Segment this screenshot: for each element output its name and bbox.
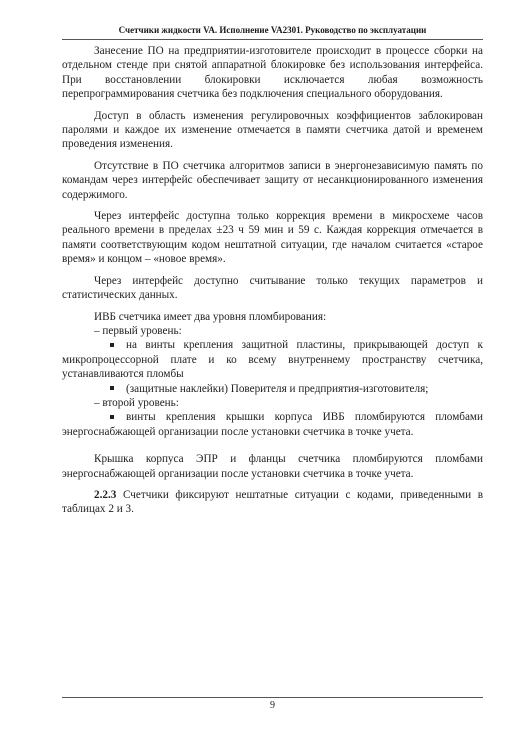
paragraph-sealing-levels: ИВБ счетчика имеет два уровня пломбирова… [62, 310, 483, 324]
paragraph-memory-protection: Отсутствие в ПО счетчика алгоритмов запи… [62, 159, 483, 202]
paragraph-section-2-2-3: 2.2.3 Счетчики фиксируют нештатные ситуа… [62, 488, 483, 517]
paragraph-time-correction: Через интерфейс доступна только коррекци… [62, 209, 483, 267]
page-body: Занесение ПО на предприятии-изготовителе… [62, 44, 483, 524]
bullet-square-icon [110, 343, 114, 347]
paragraph-software-loading: Занесение ПО на предприятии-изготовителе… [62, 44, 483, 102]
list-item-level-1-bullet-2: (защитные наклейки) Поверителя и предпри… [62, 382, 483, 396]
paragraph-read-access: Через интерфейс доступно считывание толь… [62, 274, 483, 303]
list-item-level-1-bullet-1: на винты крепления защитной пластины, пр… [62, 338, 483, 381]
list-item-level-2: – второй уровень: [62, 396, 483, 410]
paragraph-coefficients-access: Доступ в область изменения регулировочны… [62, 109, 483, 152]
list-item-level-2-bullet-1: винты крепления крышки корпуса ИВБ пломб… [62, 410, 483, 439]
section-number: 2.2.3 [94, 489, 116, 501]
list-item-level-1: – первый уровень: [62, 324, 483, 338]
bullet-square-icon [110, 386, 114, 390]
footer-divider [62, 697, 483, 698]
paragraph-epr-sealing: Крышка корпуса ЭПР и фланцы счетчика пло… [62, 452, 483, 481]
page-number: 9 [62, 700, 483, 711]
header-divider [62, 39, 483, 40]
running-header: Счетчики жидкости VA. Исполнение VA2301.… [62, 25, 483, 35]
bullet-square-icon [110, 415, 114, 419]
